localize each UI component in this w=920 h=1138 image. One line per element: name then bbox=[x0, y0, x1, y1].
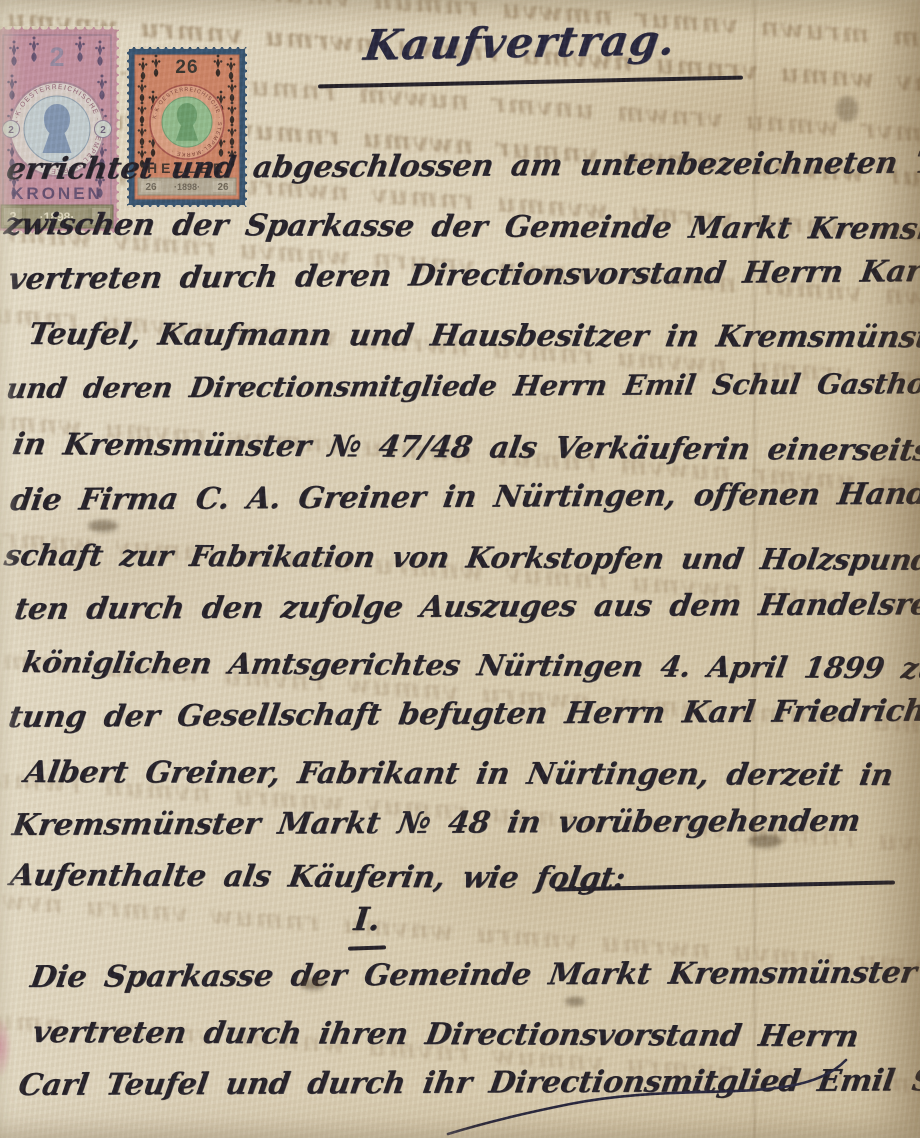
handwriting-line: vertreten durch ihren Directionsvorstand… bbox=[30, 1015, 861, 1054]
handwriting-line: und deren Directionsmitgliede Herrn Emil… bbox=[4, 366, 920, 405]
ink-smudge bbox=[565, 997, 585, 1006]
ink-smudge bbox=[836, 96, 858, 122]
pen-flourish bbox=[440, 1052, 860, 1138]
handwriting-line: königlichen Amtsgerichtes Nürtingen 4. A… bbox=[20, 645, 920, 686]
handwriting-line: in Kremsmünster № 47/48 als Verkäuferin … bbox=[10, 427, 920, 469]
handwriting-line: Aufenthalte als Käuferin, wie folgt: bbox=[8, 858, 628, 896]
stamp-side-value-left: 2 bbox=[8, 125, 14, 136]
emperor-portrait-silhouette bbox=[176, 103, 198, 141]
handwriting-line: errichtet und abgeschlossen am untenbeze… bbox=[4, 145, 920, 187]
stamp-2-kronen-graphic: 2 K·K·OESTERREICHISCHE · STEMPEL-MARKE ·… bbox=[0, 26, 120, 234]
handwriting-line: Die Sparkasse der Gemeinde Markt Kremsmü… bbox=[28, 955, 919, 995]
stamp-denomination: 2 bbox=[49, 42, 64, 72]
handwriting-line: die Firma C. A. Greiner in Nürtingen, of… bbox=[8, 476, 920, 518]
handwriting-line: vertreten durch deren Directionsvorstand… bbox=[6, 254, 920, 297]
section-numeral-underline bbox=[348, 945, 386, 950]
document-page: nvum mruwn vnmur nmwvu rnmun vmurn wnmvu… bbox=[0, 0, 920, 1138]
handwriting-line: Albert Greiner, Fabrikant in Nürtingen, … bbox=[22, 755, 895, 793]
handwriting-line: Teufel, Kaufmann und Hausbesitzer in Kre… bbox=[26, 317, 920, 356]
handwriting-line: Kremsmünster Markt № 48 in vorübergehend… bbox=[10, 804, 862, 843]
pink-edge-mark bbox=[0, 1016, 11, 1078]
revenue-stamp-2-kronen: 2 K·K·OESTERREICHISCHE · STEMPEL-MARKE ·… bbox=[0, 26, 120, 234]
section-numeral: I. bbox=[352, 900, 382, 938]
handwriting-line: zwischen der Sparkasse der Gemeinde Mark… bbox=[2, 207, 920, 248]
ink-smudge bbox=[88, 520, 118, 532]
title-underline bbox=[318, 76, 743, 88]
document-title: Kaufvertrag. bbox=[126, 11, 915, 74]
handwriting-line: tung der Gesellschaft befugten Herrn Kar… bbox=[6, 694, 920, 735]
handwriting-line: ten durch den zufolge Auszuges aus dem H… bbox=[12, 586, 920, 627]
emperor-portrait-silhouette bbox=[43, 104, 72, 153]
handwriting-line: schaft zur Fabrikation von Korkstopfen u… bbox=[2, 538, 920, 578]
stamp-side-value-right: 2 bbox=[100, 125, 106, 136]
